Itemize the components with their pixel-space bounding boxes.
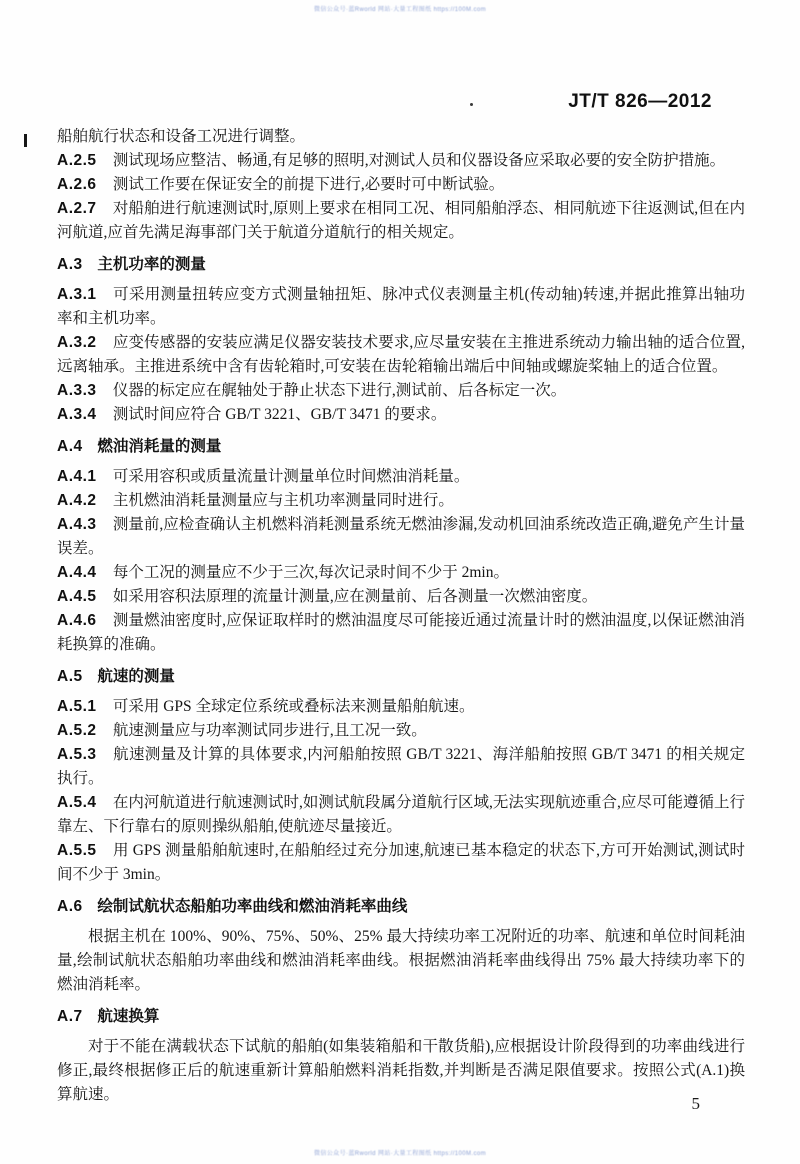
clause-text: 航速测量应与功率测试同步进行,且工况一致。 [113,722,427,739]
paragraph: A.3.3仪器的标定应在艉轴处于静止状态下进行,测试前、后各标定一次。 [57,379,745,403]
clause-label: A.5.2 [57,722,97,739]
clause-text: 测量燃油密度时,应保证取样时的燃油温度尽可能接近通过流量计时的燃油温度,以保证燃… [57,612,745,653]
paragraph: A.5.2航速测量应与功率测试同步进行,且工况一致。 [57,719,745,743]
section-title: 主机功率的测量 [97,256,206,273]
paragraph: A.4.5如采用容积法原理的流量计测量,应在测量前、后各测量一次燃油密度。 [57,585,745,609]
clause-text: 测试工作要在保证安全的前提下进行,必要时可中断试验。 [113,176,504,193]
clause-label: A.7 [57,1008,83,1025]
clause-label: A.3.3 [57,382,97,399]
clause-label: A.4 [57,438,83,455]
section-heading: A.3主机功率的测量 [57,253,745,277]
clause-label: A.6 [57,898,83,915]
section-title: 燃油消耗量的测量 [97,438,221,455]
standard-code-header: JT/T 826—2012 [568,91,712,113]
paragraph: A.4.3测量前,应检查确认主机燃料消耗测量系统无燃油渗漏,发动机回油系统改造正… [57,513,745,561]
clause-label: A.3.2 [57,334,97,351]
clause-text: 航速测量及计算的具体要求,内河船舶按照 GB/T 3221、海洋船舶按照 GB/… [57,746,745,787]
paragraph: A.4.2主机燃油消耗量测量应与主机功率测量同时进行。 [57,489,745,513]
clause-label: A.4.3 [57,516,97,533]
paragraph: A.3.4测试时间应符合 GB/T 3221、GB/T 3471 的要求。 [57,403,745,427]
clause-label: A.2.5 [57,152,97,169]
clause-label: A.4.4 [57,564,97,581]
paragraph: 对于不能在满载状态下试航的船舶(如集装箱船和干散货船),应根据设计阶段得到的功率… [57,1035,745,1107]
clause-text: 对于不能在满载状态下试航的船舶(如集装箱船和干散货船),应根据设计阶段得到的功率… [57,1038,745,1103]
paragraph: A.3.1可采用测量扭转应变方式测量轴扭矩、脉冲式仪表测量主机(传动轴)转速,并… [57,283,745,331]
clause-label: A.3 [57,256,83,273]
paragraph: A.4.4每个工况的测量应不少于三次,每次记录时间不少于 2min。 [57,561,745,585]
clause-label: A.5.5 [57,842,97,859]
section-heading: A.4燃油消耗量的测量 [57,435,745,459]
paragraph: A.5.4在内河航道进行航速测试时,如测试航段属分道航行区域,无法实现航迹重合,… [57,791,745,839]
clause-label: A.5.4 [57,794,97,811]
clause-text: 可采用测量扭转应变方式测量轴扭矩、脉冲式仪表测量主机(传动轴)转速,并据此推算出… [57,286,745,327]
document-body: 船舶航行状态和设备工况进行调整。A.2.5测试现场应整洁、畅通,有足够的照明,对… [57,125,745,1107]
paragraph: A.3.2应变传感器的安装应满足仪器安装技术要求,应尽量安装在主推进系统动力输出… [57,331,745,379]
clause-label: A.2.6 [57,176,97,193]
clause-label: A.3.1 [57,286,97,303]
clause-text: 测试时间应符合 GB/T 3221、GB/T 3471 的要求。 [113,406,447,423]
clause-text: 测量前,应检查确认主机燃料消耗测量系统无燃油渗漏,发动机回油系统改造正确,避免产… [57,516,745,557]
clause-label: A.5.3 [57,746,97,763]
paragraph: A.4.6测量燃油密度时,应保证取样时的燃油温度尽可能接近通过流量计时的燃油温度… [57,609,745,657]
paragraph: A.4.1可采用容积或质量流量计测量单位时间燃油消耗量。 [57,465,745,489]
paragraph: A.5.3航速测量及计算的具体要求,内河船舶按照 GB/T 3221、海洋船舶按… [57,743,745,791]
clause-text: 在内河航道进行航速测试时,如测试航段属分道航行区域,无法实现航迹重合,应尽可能遵… [57,794,745,835]
scanned-document-page: 微信公众号·蓝Rworld 网站·大量工程图纸 https://100M.com… [0,0,800,1164]
clause-label: A.2.7 [57,200,97,217]
top-watermark-text: 微信公众号·蓝Rworld 网站·大量工程图纸 https://100M.com [0,4,800,13]
clause-text: 每个工况的测量应不少于三次,每次记录时间不少于 2min。 [113,564,509,581]
paragraph: A.5.1可采用 GPS 全球定位系统或叠标法来测量船舶航速。 [57,695,745,719]
clause-label: A.4.6 [57,612,97,629]
paragraph: 船舶航行状态和设备工况进行调整。 [57,125,745,149]
clause-text: 测试现场应整洁、畅通,有足够的照明,对测试人员和仪器设备应采取必要的安全防护措施… [113,152,725,169]
clause-label: A.5 [57,668,83,685]
clause-label: A.4.2 [57,492,97,509]
clause-text: 根据主机在 100%、90%、75%、50%、25% 最大持续功率工况附近的功率… [57,928,745,993]
clause-text: 仪器的标定应在艉轴处于静止状态下进行,测试前、后各标定一次。 [113,382,566,399]
paragraph: A.2.5测试现场应整洁、畅通,有足够的照明,对测试人员和仪器设备应采取必要的安… [57,149,745,173]
clause-label: A.4.1 [57,468,97,485]
section-heading: A.6绘制试航状态船舶功率曲线和燃油消耗率曲线 [57,895,745,919]
bottom-watermark-text: 微信公众号·蓝Rworld 网站·大量工程图纸 https://100M.com [0,1148,800,1157]
clause-text: 可采用容积或质量流量计测量单位时间燃油消耗量。 [113,468,470,485]
scan-speck-artifact [470,103,473,106]
clause-text: 如采用容积法原理的流量计测量,应在测量前、后各测量一次燃油密度。 [113,588,597,605]
section-heading: A.7航速换算 [57,1005,745,1029]
paragraph: A.5.5用 GPS 测量船舶航速时,在船舶经过充分加速,航速已基本稳定的状态下… [57,839,745,887]
clause-text: 用 GPS 测量船舶航速时,在船舶经过充分加速,航速已基本稳定的状态下,方可开始… [57,842,745,883]
paragraph: 根据主机在 100%、90%、75%、50%、25% 最大持续功率工况附近的功率… [57,925,745,997]
clause-label: A.4.5 [57,588,97,605]
section-title: 绘制试航状态船舶功率曲线和燃油消耗率曲线 [97,898,407,915]
scan-dash-artifact [24,134,27,147]
clause-label: A.5.1 [57,698,97,715]
paragraph: A.2.7对船舶进行航速测试时,原则上要求在相同工况、相同船舶浮态、相同航迹下往… [57,197,745,245]
page-number: 5 [692,1094,701,1114]
clause-text: 主机燃油消耗量测量应与主机功率测量同时进行。 [113,492,454,509]
clause-text: 船舶航行状态和设备工况进行调整。 [57,128,305,145]
clause-text: 应变传感器的安装应满足仪器安装技术要求,应尽量安装在主推进系统动力输出轴的适合位… [57,334,745,375]
section-title: 航速换算 [97,1008,159,1025]
section-title: 航速的测量 [97,668,175,685]
section-heading: A.5航速的测量 [57,665,745,689]
paragraph: A.2.6测试工作要在保证安全的前提下进行,必要时可中断试验。 [57,173,745,197]
clause-label: A.3.4 [57,406,97,423]
clause-text: 对船舶进行航速测试时,原则上要求在相同工况、相同船舶浮态、相同航迹下往返测试,但… [57,200,745,241]
clause-text: 可采用 GPS 全球定位系统或叠标法来测量船舶航速。 [113,698,475,715]
